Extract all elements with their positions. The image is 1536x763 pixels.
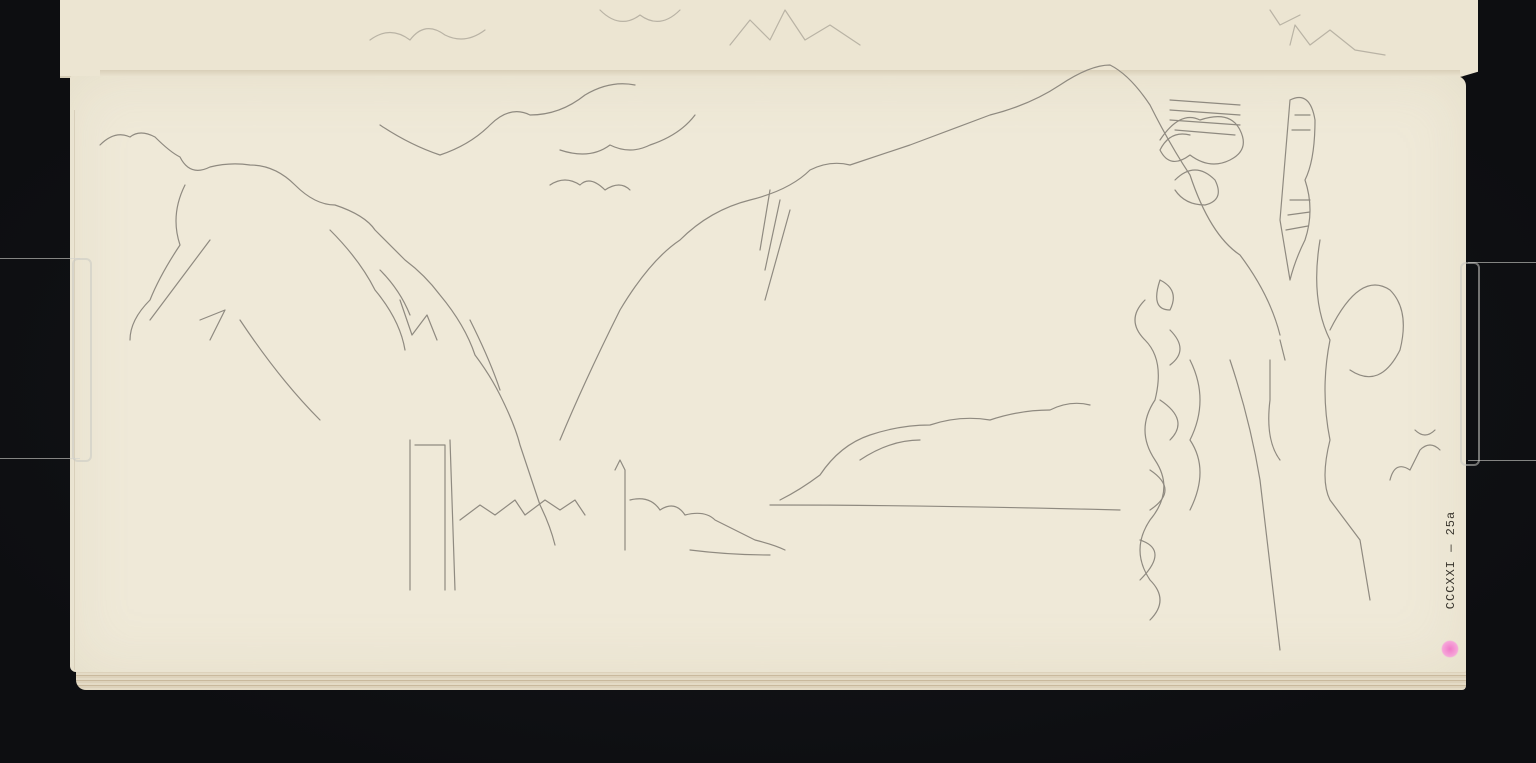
clip-wire <box>0 458 80 459</box>
collection-stamp <box>1441 640 1459 658</box>
facing-page-sketch <box>370 10 1385 55</box>
catalog-number: CCCXXI — 25a <box>1443 485 1459 635</box>
scribble-notes <box>1135 98 1440 651</box>
clip-wire <box>1468 460 1536 461</box>
pencil-sketch <box>0 0 1536 763</box>
clip-wire <box>1468 262 1536 263</box>
page-clip-right <box>1460 262 1480 466</box>
catalog-number-text: CCCXXI — 25a <box>1444 511 1458 609</box>
clip-wire <box>0 258 80 259</box>
page-clip-left <box>72 258 92 462</box>
